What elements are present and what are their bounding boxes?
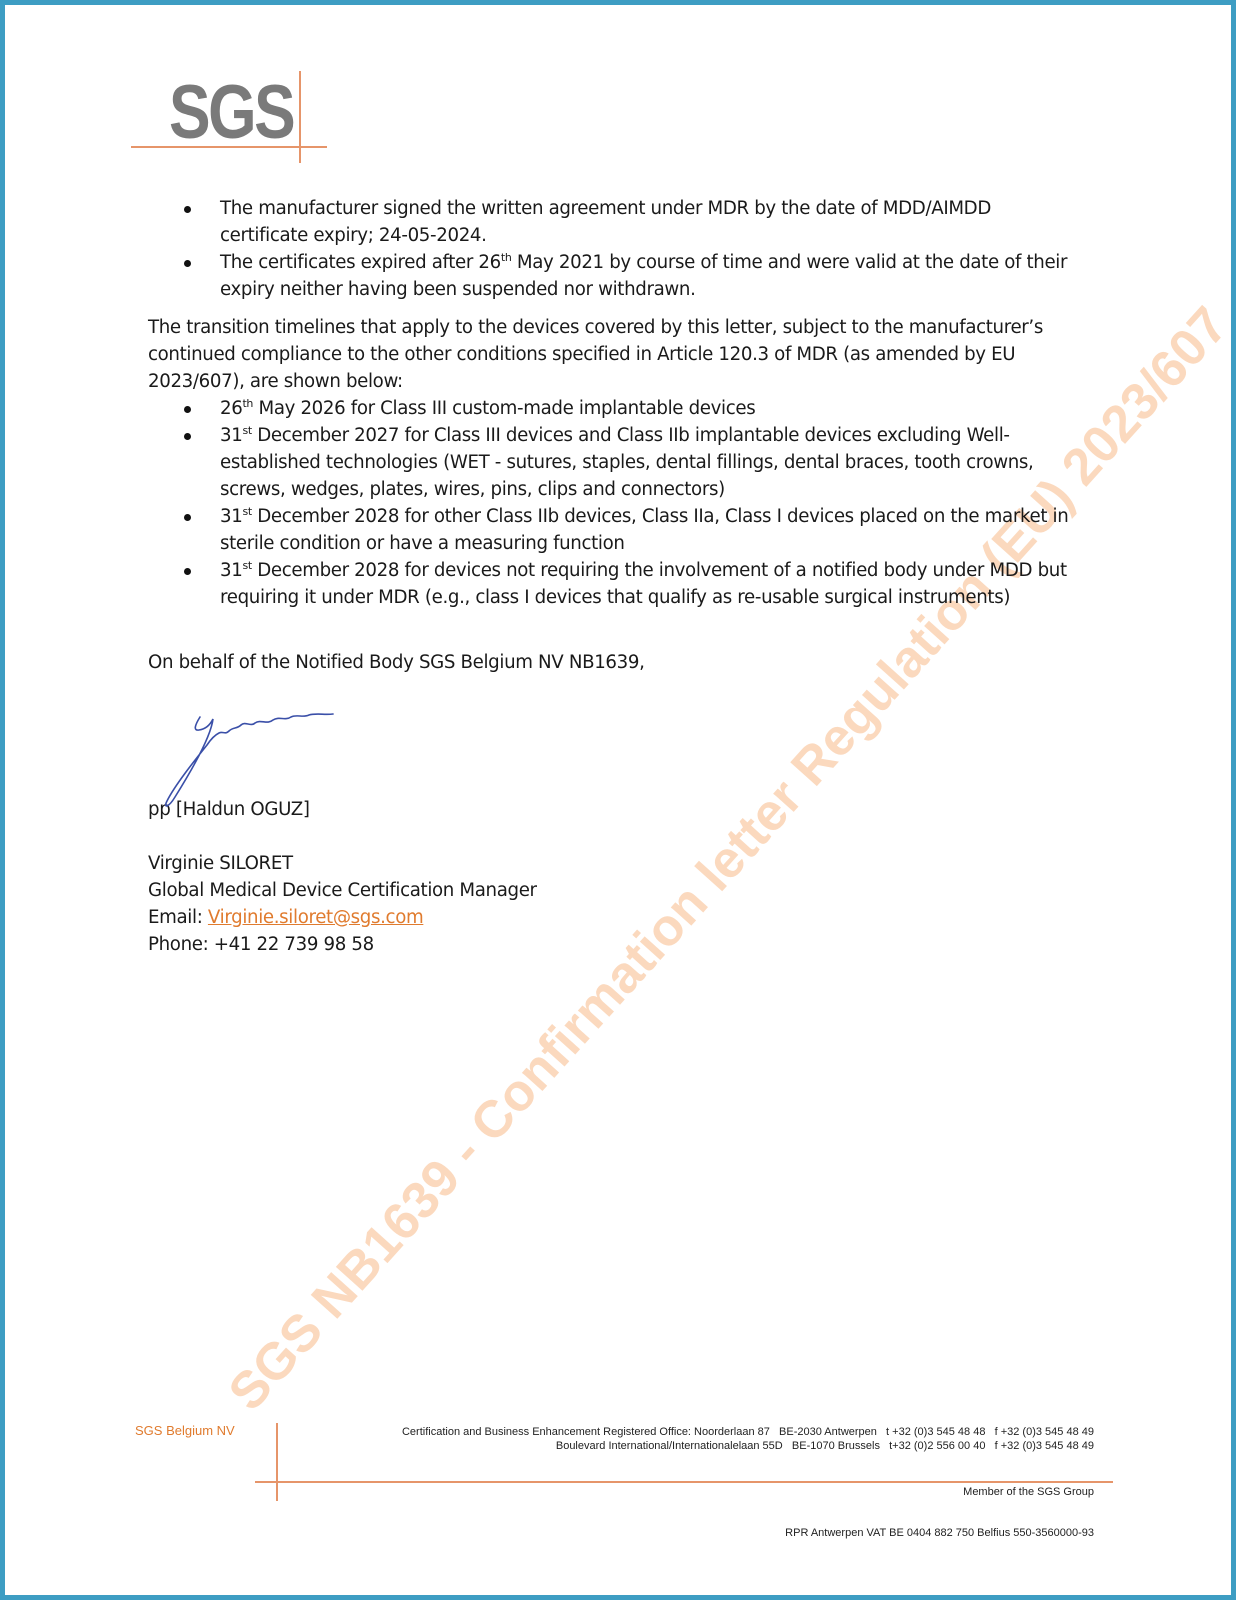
closing-line: On behalf of the Notified Body SGS Belgi… bbox=[148, 649, 1078, 676]
logo-text: SGS bbox=[169, 75, 293, 151]
ordinal-suffix: st bbox=[242, 424, 251, 437]
signer-email-row: Email: Virginie.siloret@sgs.com bbox=[148, 904, 1078, 931]
bullet-icon bbox=[184, 206, 191, 213]
email-label: Email: bbox=[148, 907, 208, 928]
footer-address: Certification and Business Enhancement R… bbox=[402, 1425, 1094, 1453]
bullet-icon bbox=[184, 568, 191, 575]
footer-vertical-rule bbox=[276, 1423, 278, 1501]
timeline-date-day: 31 bbox=[220, 560, 242, 581]
timeline-date-day: 31 bbox=[220, 506, 242, 527]
bullet-text: The manufacturer signed the written agre… bbox=[220, 198, 991, 246]
list-item: 31st December 2027 for Class III devices… bbox=[148, 422, 1078, 503]
list-item: 31st December 2028 for devices not requi… bbox=[148, 557, 1078, 611]
signer-phone: Phone: +41 22 739 98 58 bbox=[148, 931, 1078, 958]
footer-horizontal-rule bbox=[255, 1481, 1113, 1483]
sgs-logo: SGS bbox=[131, 71, 327, 163]
timeline-text: December 2028 for devices not requiring … bbox=[220, 560, 1067, 608]
signer-title: Global Medical Device Certification Mana… bbox=[148, 877, 1078, 904]
bullet-icon bbox=[184, 433, 191, 440]
list-item: 26th May 2026 for Class III custom-made … bbox=[148, 395, 1078, 422]
ordinal-suffix: th bbox=[242, 397, 253, 410]
signer-name: Virginie SILORET bbox=[148, 850, 1078, 877]
bullet-text-pre: The certificates expired after 26 bbox=[220, 252, 501, 273]
page-frame: SGS SGS NB1639 - Confirmation letter Reg… bbox=[0, 0, 1236, 1600]
logo-horizontal-rule bbox=[131, 146, 327, 148]
footer-legal: RPR Antwerpen VAT BE 0404 882 750 Belfiu… bbox=[785, 1527, 1094, 1539]
ordinal-suffix: th bbox=[501, 251, 512, 264]
bullet-icon bbox=[184, 514, 191, 521]
list-item: The manufacturer signed the written agre… bbox=[148, 195, 1078, 249]
email-link[interactable]: Virginie.siloret@sgs.com bbox=[208, 907, 423, 928]
footer-member: Member of the SGS Group bbox=[963, 1486, 1094, 1498]
bullet-icon bbox=[184, 406, 191, 413]
timeline-date-day: 31 bbox=[220, 425, 242, 446]
timeline-text: May 2026 for Class III custom-made impla… bbox=[253, 398, 755, 419]
list-item: The certificates expired after 26th May … bbox=[148, 249, 1078, 303]
footer-address-line-1: Certification and Business Enhancement R… bbox=[402, 1425, 1094, 1439]
timeline-text: December 2027 for Class III devices and … bbox=[220, 425, 1034, 500]
letter-body: The manufacturer signed the written agre… bbox=[148, 195, 1078, 958]
intro-bullet-list: The manufacturer signed the written agre… bbox=[148, 195, 1078, 303]
footer-address-line-2: Boulevard International/Internationalela… bbox=[402, 1439, 1094, 1453]
ordinal-suffix: st bbox=[242, 559, 251, 572]
handwritten-signature bbox=[155, 705, 355, 815]
ordinal-suffix: st bbox=[242, 505, 251, 518]
timeline-list: 26th May 2026 for Class III custom-made … bbox=[148, 395, 1078, 611]
timeline-text: December 2028 for other Class IIb device… bbox=[220, 506, 1068, 554]
list-item: 31st December 2028 for other Class IIb d… bbox=[148, 503, 1078, 557]
footer-company-name: SGS Belgium NV bbox=[135, 1423, 235, 1438]
timeline-date-day: 26 bbox=[220, 398, 242, 419]
transition-paragraph: The transition timelines that apply to t… bbox=[148, 314, 1078, 395]
logo-vertical-rule bbox=[299, 71, 301, 163]
bullet-icon bbox=[184, 260, 191, 267]
